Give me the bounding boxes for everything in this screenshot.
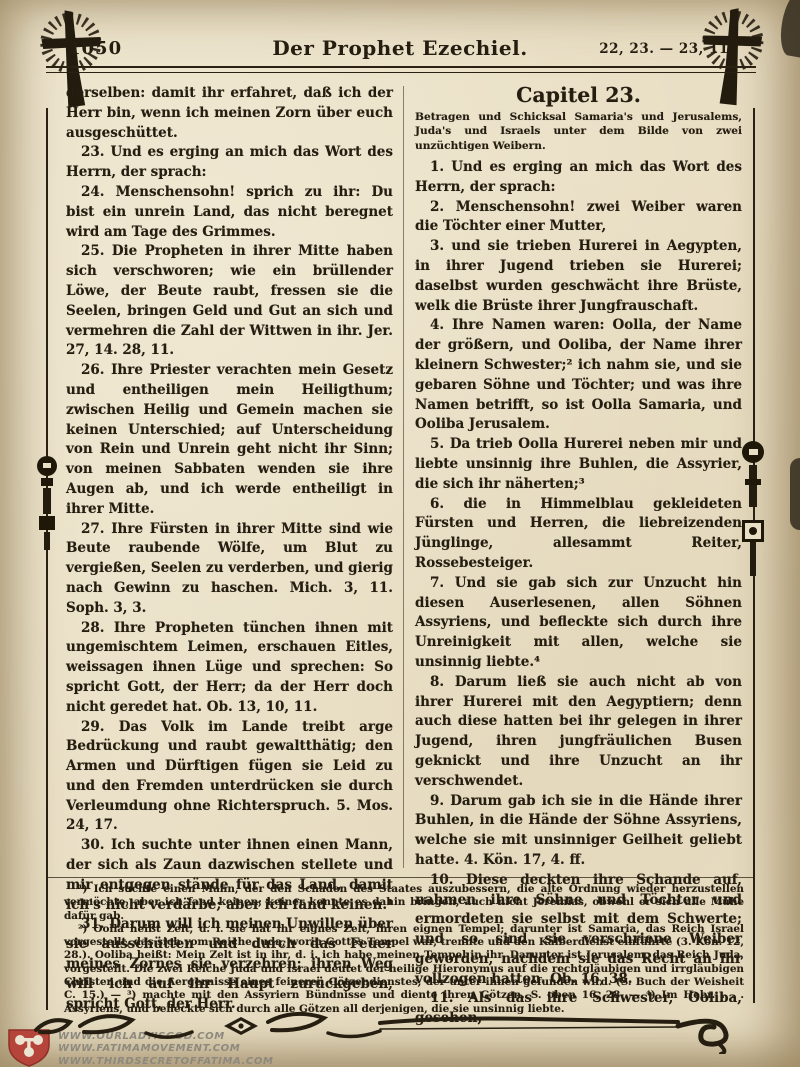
- verse-paragraph: 24. Menschensohn! sprich zu ihr: Du bist…: [66, 183, 393, 242]
- chapter-heading: Capitel 23.: [415, 86, 742, 106]
- verse-paragraph: 8. Darum ließ sie auch nicht ab von ihre…: [415, 673, 742, 792]
- bottom-flourish-ornament: [28, 996, 776, 1054]
- border-key-ornament-left-icon: [35, 446, 59, 558]
- footnote-rule: [46, 877, 754, 878]
- scanned-bible-page: 1050 Der Prophet Ezechiel. 22, 23. — 23,…: [0, 0, 800, 1067]
- verse-paragraph: 7. Und sie gab sich zur Unzucht hin dies…: [415, 574, 742, 673]
- column-divider: [403, 86, 404, 868]
- header-rule: [46, 66, 756, 73]
- watermark-url: WWW.THIRDSECRETOFFATIMA.COM: [58, 1056, 274, 1067]
- chapter-summary: Betragen und Schicksal Samaria's und Jer…: [415, 110, 742, 153]
- verse-paragraph: 1. Und es erging an mich das Wort des He…: [415, 158, 742, 198]
- footnote: ¹) Ich suchte einen Mann, der den Schade…: [64, 883, 744, 923]
- verse-paragraph: 3. und sie trieben Hurerei in Aegypten, …: [415, 237, 742, 316]
- verse-paragraph: 26. Ihre Priester verachten mein Gesetz …: [66, 361, 393, 519]
- page-border-left: [46, 108, 48, 1010]
- verse-paragraph: 28. Ihre Propheten tünchen ihnen mit ung…: [66, 619, 393, 718]
- scan-artifact: [790, 458, 800, 530]
- verse-paragraph: 29. Das Volk im Lande treibt arge Bedrüc…: [66, 718, 393, 837]
- verse-paragraph: 4. Ihre Namen waren: Oolla, der Name der…: [415, 316, 742, 435]
- verse-paragraph: derselben: damit ihr erfahret, daß ich d…: [66, 84, 393, 143]
- verse-paragraph: 9. Darum gab ich sie in die Hände ihrer …: [415, 792, 742, 871]
- verse-paragraph: 25. Die Propheten in ihrer Mitte haben s…: [66, 242, 393, 361]
- verse-paragraph: 23. Und es erging an mich das Wort des H…: [66, 143, 393, 183]
- verse-paragraph: 6. die in Himmelblau gekleideten Fürsten…: [415, 495, 742, 574]
- border-key-ornament-right-icon: [740, 428, 766, 590]
- verse-paragraph: 2. Menschensohn! zwei Weiber waren die T…: [415, 198, 742, 238]
- verse-range: 22, 23. — 23, 11.: [599, 41, 734, 57]
- verse-paragraph: 27. Ihre Fürsten in ihrer Mitte sind wie…: [66, 520, 393, 619]
- verse-paragraph: 5. Da trieb Oolla Hurerei neben mir und …: [415, 435, 742, 494]
